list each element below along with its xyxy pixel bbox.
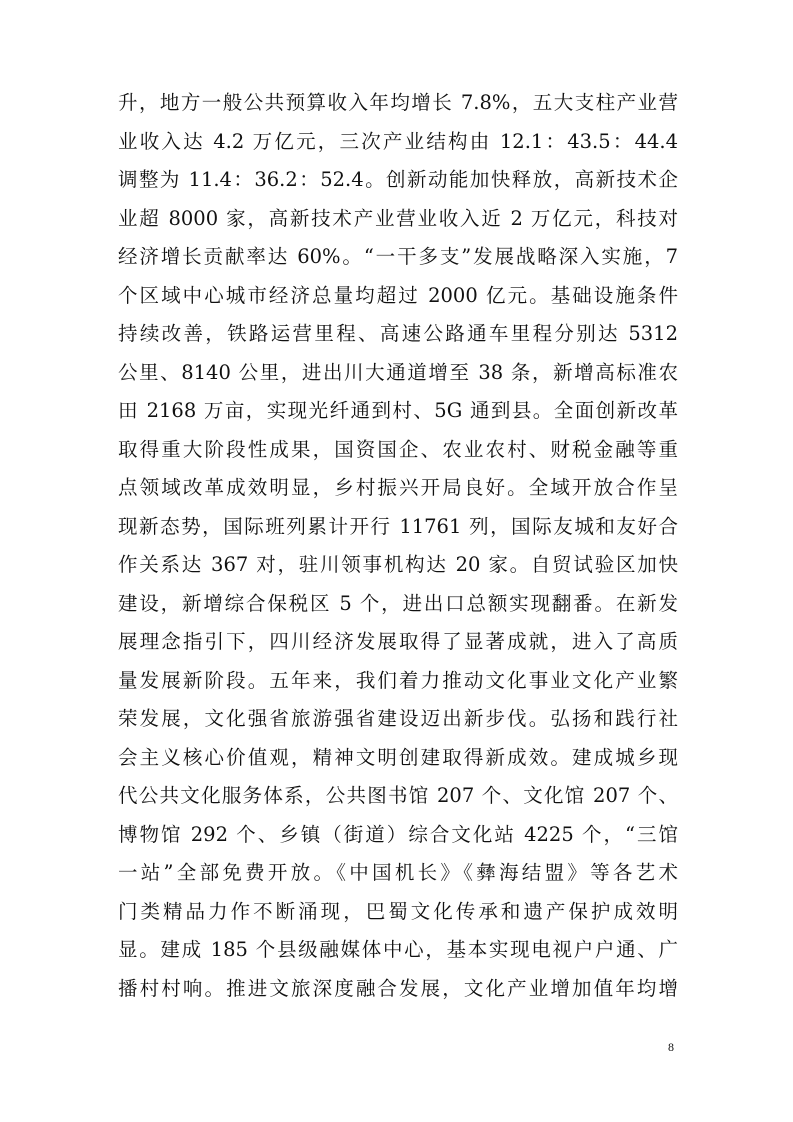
text-line: 显。建成 185 个县级融媒体中心，基本实现电视户户通、广 — [118, 931, 678, 970]
text-line: 荣发展，文化强省旅游强省建设迈出新步伐。弘扬和践行社 — [118, 700, 678, 739]
text-line: 代公共文化服务体系，公共图书馆 207 个、文化馆 207 个、 — [118, 777, 678, 816]
text-line: 业超 8000 家，高新技术产业营业收入近 2 万亿元，科技对 — [118, 200, 678, 239]
text-line: 持续改善，铁路运营里程、高速公路通车里程分别达 5312 — [118, 315, 678, 354]
text-line: 现新态势，国际班列累计开行 11761 列，国际友城和友好合 — [118, 508, 678, 547]
text-line: 经济增长贡献率达 60%。“一干多支”发展战略深入实施，7 — [118, 238, 678, 277]
text-line: 个区域中心城市经济总量均超过 2000 亿元。基础设施条件 — [118, 277, 678, 316]
text-line: 博物馆 292 个、乡镇（街道）综合文化站 4225 个，“三馆 — [118, 816, 678, 855]
text-line: 公里、8140 公里，进出川大通道增至 38 条，新增高标准农 — [118, 354, 678, 393]
text-line: 展理念指引下，四川经济发展取得了显著成就，进入了高质 — [118, 623, 678, 662]
body-paragraph: 升，地方一般公共预算收入年均增长 7.8%，五大支柱产业营 业收入达 4.2 万… — [118, 84, 678, 1008]
text-line: 田 2168 万亩，实现光纤通到村、5G 通到县。全面创新改革 — [118, 392, 678, 431]
text-line: 调整为 11.4：36.2：52.4。创新动能加快释放，高新技术企 — [118, 161, 678, 200]
text-line: 播村村响。推进文旅深度融合发展，文化产业增加值年均增 — [118, 970, 678, 1009]
text-line: 门类精品力作不断涌现，巴蜀文化传承和遗产保护成效明 — [118, 893, 678, 932]
text-line: 量发展新阶段。五年来，我们着力推动文化事业文化产业繁 — [118, 662, 678, 701]
text-line: 业收入达 4.2 万亿元，三次产业结构由 12.1：43.5：44.4 — [118, 123, 678, 162]
text-line: 一站”全部免费开放。《中国机长》《彝海结盟》等各艺术 — [118, 854, 678, 893]
text-line: 会主义核心价值观，精神文明创建取得新成效。建成城乡现 — [118, 739, 678, 778]
text-line: 建设，新增综合保税区 5 个，进出口总额实现翻番。在新发 — [118, 585, 678, 624]
document-page: 升，地方一般公共预算收入年均增长 7.8%，五大支柱产业营 业收入达 4.2 万… — [0, 0, 793, 1122]
text-line: 作关系达 367 对，驻川领事机构达 20 家。自贸试验区加快 — [118, 546, 678, 585]
text-line: 升，地方一般公共预算收入年均增长 7.8%，五大支柱产业营 — [118, 84, 678, 123]
text-line: 取得重大阶段性成果，国资国企、农业农村、财税金融等重 — [118, 431, 678, 470]
page-number: 8 — [668, 1040, 674, 1055]
text-line: 点领域改革成效明显，乡村振兴开局良好。全域开放合作呈 — [118, 469, 678, 508]
